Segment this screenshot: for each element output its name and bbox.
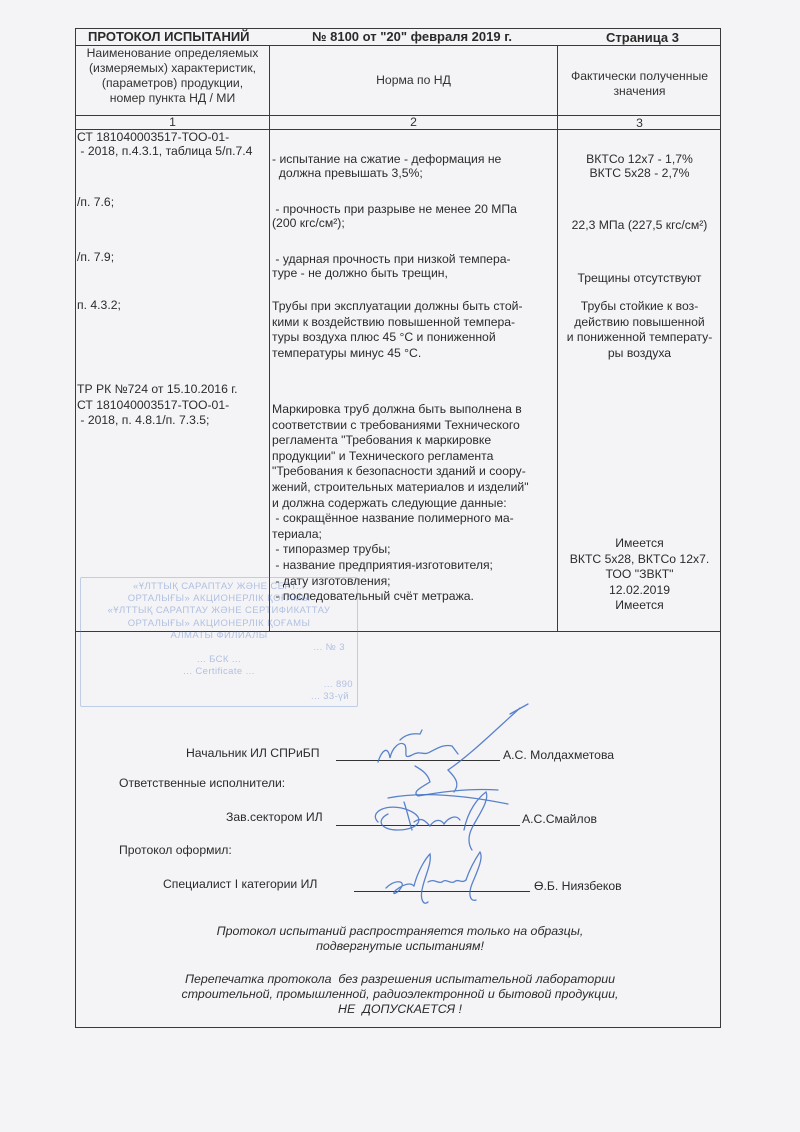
row-2-ref: /п. 7.6; bbox=[77, 195, 114, 209]
head-title: Начальник ИЛ СПРиБП bbox=[186, 746, 320, 760]
stamp-line: «ҰЛТТЫҚ САРАПТАУ ЖӘНЕ СЕРТ... bbox=[81, 581, 357, 593]
sector-name: А.С.Смайлов bbox=[522, 812, 597, 826]
row-5-ref: ТР РК №724 от 15.10.2016 г. СТ 181040003… bbox=[77, 382, 238, 429]
responsible-label: Ответственные исполнители: bbox=[119, 776, 285, 790]
row-5-norm: Маркировка труб должна быть выполнена в … bbox=[272, 402, 529, 605]
row-2-norm: - прочность при разрыве не менее 20 МПа … bbox=[272, 202, 517, 231]
handwritten-signature-specialist bbox=[380, 840, 490, 910]
row-3-ref: /п. 7.9; bbox=[77, 250, 114, 264]
row-4-ref: п. 4.3.2; bbox=[77, 298, 121, 312]
row-5-actual: Имеется ВКТС 5х28, ВКТСо 12х7. ТОО "ЗВКТ… bbox=[558, 536, 721, 614]
specialist-title: Специалист I категории ИЛ bbox=[163, 877, 317, 891]
sector-title: Зав.сектором ИЛ bbox=[226, 810, 323, 824]
prepared-label: Протокол оформил: bbox=[119, 843, 232, 857]
row-2-actual: 22,3 МПа (227,5 кгс/см²) bbox=[558, 218, 721, 232]
stamp-line: ж bbox=[81, 703, 357, 707]
column-index-3: 3 bbox=[558, 116, 721, 131]
protocol-title: ПРОТОКОЛ ИСПЫТАНИЙ bbox=[88, 29, 250, 44]
stamp-line: ... 33-үй bbox=[81, 691, 357, 703]
row-3-actual: Трещины отсутствуют bbox=[558, 271, 721, 285]
stamp-line: ... № 3 bbox=[81, 642, 357, 654]
row-1-norm: - испытание на сжатие - деформация не до… bbox=[272, 152, 501, 181]
reprint-note: Перепечатка протокола без разрешения исп… bbox=[120, 972, 680, 1017]
stamp-line: ... 890 bbox=[81, 679, 357, 691]
column-header-2: Норма по НД bbox=[270, 73, 557, 88]
organization-stamp: «ҰЛТТЫҚ САРАПТАУ ЖӘНЕ СЕРТ... ОРТАЛЫҒЫ» … bbox=[80, 577, 358, 707]
scope-note: Протокол испытаний распространяется толь… bbox=[160, 924, 640, 954]
row-1-actual: ВКТСо 12х7 - 1,7% ВКТС 5х28 - 2,7% bbox=[558, 152, 721, 181]
protocol-number: № 8100 от "20" февраля 2019 г. bbox=[312, 29, 512, 44]
stamp-line: ОРТАЛЫҒЫ» АКЦИОНЕРЛІК ҚОҒАМЫ bbox=[81, 593, 357, 605]
column-header-1: Наименование определяемых (измеряемых) х… bbox=[76, 46, 269, 106]
stamp-line: ... БСК ... bbox=[81, 654, 357, 666]
stamp-line: ... Certificate ... bbox=[81, 666, 357, 678]
row-4-norm: Трубы при эксплуатации должны быть стой-… bbox=[272, 299, 523, 361]
row-1-ref: СТ 181040003517-ТОО-01- - 2018, п.4.3.1,… bbox=[77, 130, 252, 159]
page-number: Страница 3 bbox=[606, 30, 679, 45]
row-3-norm: - ударная прочность при низкой темпера- … bbox=[272, 252, 511, 281]
stamp-line: ОРТАЛЫҒЫ» АКЦИОНЕРЛІК ҚОҒАМЫ bbox=[81, 618, 357, 630]
row-4-actual: Трубы стойкие к воз- действию повышенной… bbox=[558, 299, 721, 361]
column-index-1: 1 bbox=[76, 115, 269, 130]
stamp-line: АЛМАТЫ ФИЛИАЛЫ bbox=[81, 630, 357, 642]
rule-col1-col2 bbox=[269, 45, 270, 631]
stamp-line: «ҰЛТТЫҚ САРАПТАУ ЖӘНЕ СЕРТИФИКАТТАУ bbox=[81, 605, 357, 617]
specialist-name: Ө.Б. Ниязбеков bbox=[534, 879, 622, 893]
column-header-3: Фактически полученные значения bbox=[558, 69, 721, 99]
column-index-2: 2 bbox=[270, 115, 557, 130]
